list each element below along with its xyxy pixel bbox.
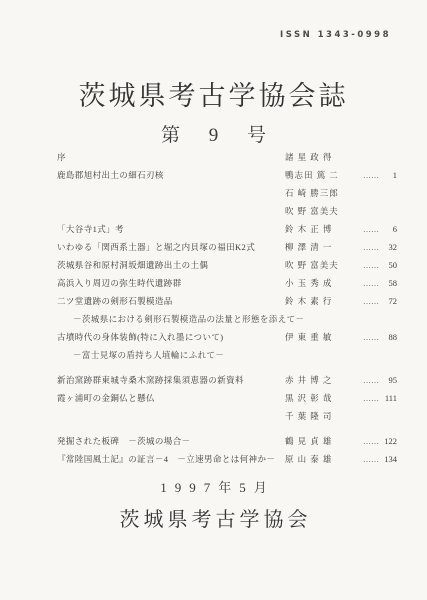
toc-item-title: 高浜入り周辺の弥生時代遺跡群 <box>57 274 285 292</box>
toc-entry-right: 石 崎 勝三郎 <box>285 184 397 202</box>
issn-text: ISSN 1343-0998 <box>280 30 391 40</box>
toc-page-number: 111 <box>379 389 397 407</box>
toc-line: 古墳時代の身体装飾(特に入れ墨について) 伊 東 重 敏 …… 88 <box>57 328 397 346</box>
toc-item-subtitle: －富士見塚の盾持ち人埴輪にふれて－ <box>57 346 285 364</box>
toc-line: 『常陸国風土記』の証言－4 －立速男命とは何神か－ 原 山 泰 雄 …… 134 <box>57 450 397 468</box>
toc-author-name: 黒 沢 彰 哉 <box>285 389 363 407</box>
toc-entry-right: 鶴 見 貞 雄 …… 122 <box>285 432 397 451</box>
toc-entry-right: 鈴 木 素 行 …… 72 <box>285 292 397 311</box>
toc-leader-dots: …… <box>363 451 379 469</box>
toc-entry-right: 柳 澤 清 一 …… 32 <box>285 238 397 257</box>
toc-item-title: いわゆる「関西系土器」と堀之内貝塚の福田K2式 <box>57 238 285 256</box>
toc-entry-right: 千 葉 隆 司 <box>285 407 397 425</box>
toc-item-title: 新治窯跡群東城寺桑木窯跡採集須恵器の新資料 <box>57 371 285 389</box>
toc-leader-dots: …… <box>363 221 379 239</box>
toc-leader-dots: …… <box>363 167 379 185</box>
journal-cover-page: ISSN 1343-0998 茨城県考古学協会誌 第 9 号 序 諸 星 政 得… <box>0 0 427 600</box>
toc-page-number: 72 <box>379 292 397 310</box>
toc-item-title: 古墳時代の身体装飾(特に入れ墨について) <box>57 328 285 346</box>
toc-author-name: 鴨志田 篤 二 <box>285 166 363 184</box>
toc-line: 序 諸 星 政 得 <box>57 148 397 166</box>
toc-line: 「大谷寺1式」考 鈴 木 正 博 …… 6 <box>57 220 397 238</box>
toc-item-title: 発掘された板碑 －茨城の場合－ <box>57 432 285 450</box>
toc-author-name: 諸 星 政 得 <box>285 148 379 166</box>
toc-page-number: 134 <box>379 450 397 468</box>
toc-author-name: 伊 東 重 敏 <box>285 328 363 346</box>
toc-author-name: 吹 野 富美夫 <box>285 202 379 220</box>
toc-entry-right: 黒 沢 彰 哉 …… 111 <box>285 389 397 408</box>
toc-item-title: 二ツ堂遺跡の剣形石製模造品 <box>57 292 285 310</box>
toc-line: 吹 野 富美夫 <box>57 202 397 220</box>
toc-author-name: 鈴 木 正 博 <box>285 220 363 238</box>
toc-author-name: 石 崎 勝三郎 <box>285 184 379 202</box>
toc-entry-right: 吹 野 富美夫 <box>285 202 397 220</box>
toc-entry-right: 原 山 泰 雄 …… 134 <box>285 450 397 469</box>
toc-item-title: 鹿島郡旭村出土の細石刃核 <box>57 166 285 184</box>
toc-entry-right: 鴨志田 篤 二 …… 1 <box>285 166 397 185</box>
toc-line: 発掘された板碑 －茨城の場合－ 鶴 見 貞 雄 …… 122 <box>57 432 397 450</box>
toc-line: －富士見塚の盾持ち人埴輪にふれて－ <box>57 346 397 364</box>
toc-line: 茨城県谷和原村洞坂畑遺跡出土の土偶 吹 野 富美夫 …… 50 <box>57 256 397 274</box>
toc-author-name: 鶴 見 貞 雄 <box>285 432 363 450</box>
journal-title: 茨城県考古学協会誌 <box>0 74 427 113</box>
toc-leader-dots: …… <box>363 257 379 275</box>
toc-author-name: 柳 澤 清 一 <box>285 238 363 256</box>
publisher-name: 茨城県考古学協会 <box>0 503 427 532</box>
toc-author-name: 鈴 木 素 行 <box>285 292 363 310</box>
toc-entry-right: 小 玉 秀 成 …… 58 <box>285 274 397 293</box>
toc-page-number: 88 <box>379 328 397 346</box>
toc-line: 新治窯跡群東城寺桑木窯跡採集須恵器の新資料 赤 井 博 之 …… 95 <box>57 371 397 389</box>
toc-page-number: 1 <box>379 166 397 184</box>
toc-line: 鹿島郡旭村出土の細石刃核 鴨志田 篤 二 …… 1 <box>57 166 397 184</box>
toc-page-number: 6 <box>379 220 397 238</box>
toc-author-name: 赤 井 博 之 <box>285 371 363 389</box>
toc-leader-dots: …… <box>363 293 379 311</box>
toc-leader-dots: …… <box>363 329 379 347</box>
publication-date: 1997年5月 <box>0 477 427 496</box>
toc-item-title: 序 <box>57 148 285 166</box>
toc-leader-dots: …… <box>363 433 379 451</box>
toc-leader-dots: …… <box>363 390 379 408</box>
toc: 序 諸 星 政 得 鹿島郡旭村出土の細石刃核 鴨志田 篤 二 …… 1 石 崎 … <box>57 148 397 468</box>
toc-entry-right: 吹 野 富美夫 …… 50 <box>285 256 397 275</box>
toc-author-name: 吹 野 富美夫 <box>285 256 363 274</box>
issue-number: 第 9 号 <box>0 120 427 147</box>
toc-line: 霞ヶ浦町の金銅仏と懸仏 黒 沢 彰 哉 …… 111 <box>57 389 397 407</box>
toc-entry-right: 諸 星 政 得 <box>285 148 397 166</box>
toc-item-title: 霞ヶ浦町の金銅仏と懸仏 <box>57 389 285 407</box>
toc-item-title: 「大谷寺1式」考 <box>57 220 285 238</box>
toc-line: 石 崎 勝三郎 <box>57 184 397 202</box>
toc-page-number: 122 <box>379 432 397 450</box>
toc-item-title: 茨城県谷和原村洞坂畑遺跡出土の土偶 <box>57 256 285 274</box>
toc-item-subtitle: －茨城県における剣形石製模造品の法量と形態を添えて－ <box>57 310 304 328</box>
toc-page-number: 32 <box>379 238 397 256</box>
toc-leader-dots: …… <box>363 372 379 390</box>
toc-author-name: 原 山 泰 雄 <box>285 450 363 468</box>
toc-author-name: 千 葉 隆 司 <box>285 407 379 425</box>
toc-leader-dots: …… <box>363 275 379 293</box>
toc-page-number: 95 <box>379 371 397 389</box>
toc-entry-right: 鈴 木 正 博 …… 6 <box>285 220 397 239</box>
toc-line: 千 葉 隆 司 <box>57 407 397 425</box>
toc-line: 二ツ堂遺跡の剣形石製模造品 鈴 木 素 行 …… 72 <box>57 292 397 310</box>
toc-page-number: 50 <box>379 256 397 274</box>
toc-line: いわゆる「関西系土器」と堀之内貝塚の福田K2式 柳 澤 清 一 …… 32 <box>57 238 397 256</box>
toc-author-name: 小 玉 秀 成 <box>285 274 363 292</box>
toc-page-number: 58 <box>379 274 397 292</box>
toc-entry-right: 赤 井 博 之 …… 95 <box>285 371 397 390</box>
toc-leader-dots: …… <box>363 239 379 257</box>
toc-line: 高浜入り周辺の弥生時代遺跡群 小 玉 秀 成 …… 58 <box>57 274 397 292</box>
toc-item-title: 『常陸国風土記』の証言－4 －立速男命とは何神か－ <box>57 450 285 468</box>
toc-line: －茨城県における剣形石製模造品の法量と形態を添えて－ <box>57 310 397 328</box>
toc-entry-right: 伊 東 重 敏 …… 88 <box>285 328 397 347</box>
